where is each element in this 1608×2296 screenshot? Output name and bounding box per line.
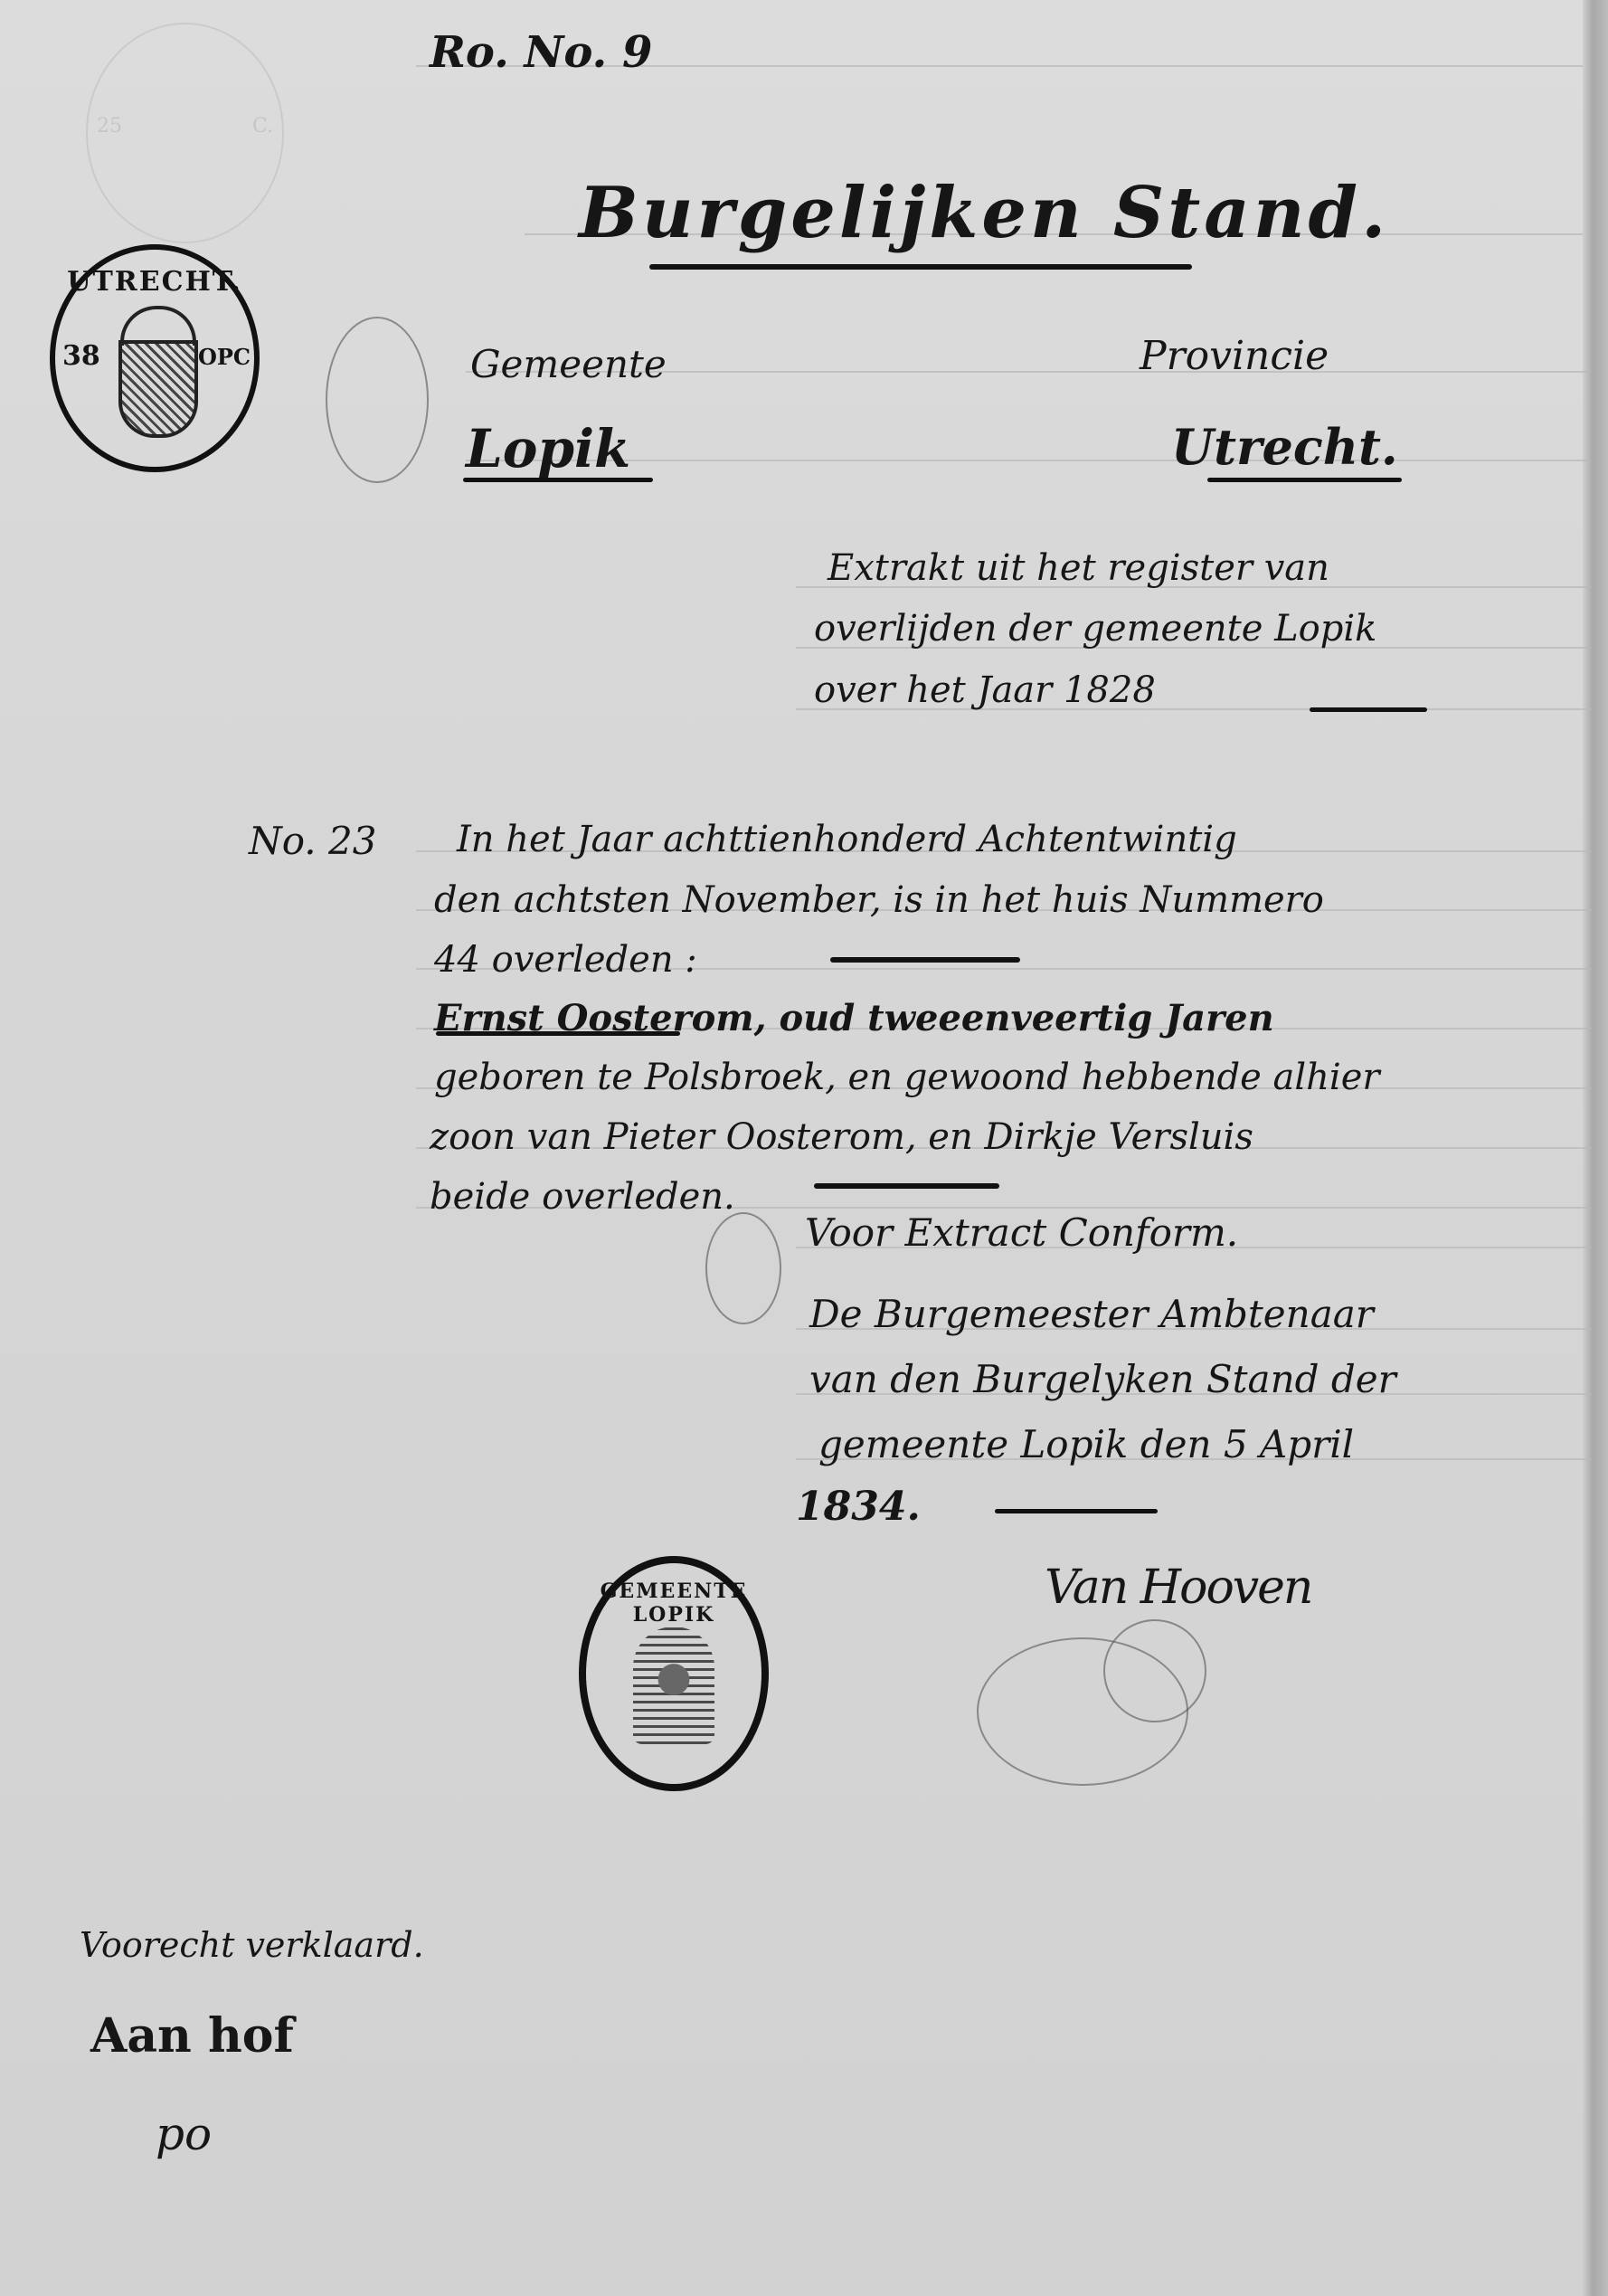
deceased-name-underline xyxy=(436,1031,680,1036)
body-line-5: geboren te Polsbroek, en gewoond hebbend… xyxy=(434,1057,1380,1098)
extract-header-line-3: over het Jaar 1828 xyxy=(814,669,1156,711)
signature-flourish xyxy=(1103,1619,1206,1722)
emboss-unit: C. xyxy=(252,115,273,138)
utrecht-tax-stamp: UTRECHT. 38 OPC xyxy=(50,244,260,472)
body-line-3: 44 overleden : xyxy=(434,939,697,981)
stamp-value: 38 xyxy=(62,340,100,372)
seal-text: GEMEENTE LOPIK xyxy=(586,1580,761,1627)
footer-annotation-line-2: Aan hof xyxy=(90,2008,294,2064)
stamp-text: UTRECHT. xyxy=(55,266,254,298)
certification-line-3: van den Burgelyken Stand der xyxy=(809,1357,1396,1401)
signature: Van Hooven xyxy=(1045,1561,1311,1615)
province-underline xyxy=(1207,478,1402,482)
reference-number: Ro. No. 9 xyxy=(430,27,652,78)
certification-line-5: 1834. xyxy=(796,1484,921,1530)
certification-line-1: Voor Extract Conform. xyxy=(805,1210,1238,1255)
municipal-seal: GEMEENTE LOPIK xyxy=(579,1556,769,1791)
ruled-line xyxy=(466,460,1587,461)
extract-header-line-1: Extrakt uit het register van xyxy=(828,547,1329,589)
embossed-seal: 25 C. xyxy=(86,23,284,243)
body-line-6: zoon van Pieter Oosterom, en Dirkje Vers… xyxy=(430,1116,1253,1158)
emboss-value: 25 xyxy=(97,115,122,138)
province-value: Utrecht. xyxy=(1171,418,1398,476)
municipality-value: Lopik xyxy=(466,418,630,479)
entry-number: No. 23 xyxy=(249,819,376,863)
body-line-7: beide overleden. xyxy=(430,1176,735,1218)
footer-annotation-line-3: po xyxy=(156,2108,212,2160)
certification-line-2: De Burgemeester Ambtenaar xyxy=(809,1292,1374,1336)
flourish-decoration xyxy=(705,1212,781,1324)
municipality-label: Gemeente xyxy=(470,342,667,386)
extract-header-dash xyxy=(1310,707,1427,712)
shield-lion-icon xyxy=(118,340,198,438)
document-page: 25 C. UTRECHT. 38 OPC Ro. No. 9 Burgelij… xyxy=(0,0,1608,2296)
municipality-underline xyxy=(463,478,653,482)
title-underline xyxy=(649,264,1192,270)
body-end-dash xyxy=(814,1183,999,1189)
date-dash xyxy=(995,1509,1158,1513)
body-line-1: In het Jaar achttienhonderd Achtentwinti… xyxy=(457,819,1237,860)
body-line-2: den achtsten November, is in het huis Nu… xyxy=(434,879,1324,921)
extract-header-line-2: overlijden der gemeente Lopik xyxy=(814,608,1376,650)
footer-annotation-line-1: Voorecht verklaard. xyxy=(80,1925,424,1965)
crown-icon xyxy=(633,1627,714,1744)
certification-line-4: gemeente Lopik den 5 April xyxy=(818,1422,1354,1466)
body-dash xyxy=(830,957,1020,963)
flourish-decoration xyxy=(326,317,429,483)
page-title: Burgelijken Stand. xyxy=(579,172,1389,254)
province-label: Provincie xyxy=(1140,333,1329,379)
stamp-unit: OPC xyxy=(198,344,251,370)
